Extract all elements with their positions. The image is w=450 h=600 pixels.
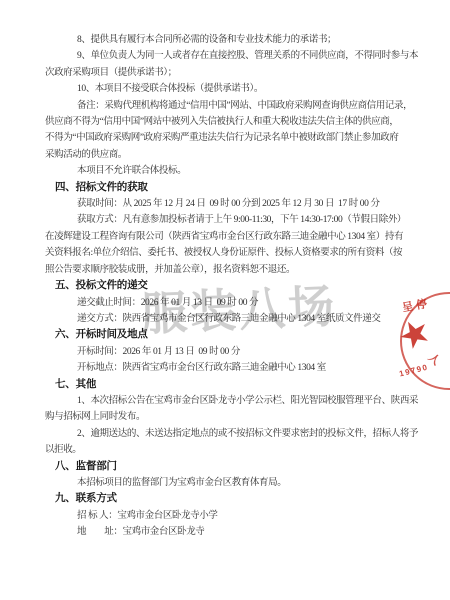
doc-line: 照公告要求顺序胶装成册，并加盖公章），报名资料恕不退还。: [45, 262, 411, 278]
section-heading-8: 八、监督部门: [45, 459, 411, 475]
doc-line: 开标地点：陕西省宝鸡市金台区行政东路三迪金融中心 1304 室: [45, 360, 411, 376]
doc-line: 招 标 人：宝鸡市金台区卧龙寺小学: [45, 508, 411, 524]
doc-line: 采购活动的供应商。: [45, 147, 411, 163]
doc-line: 本招标项目的监督部门为宝鸡市金台区教育体育局。: [45, 475, 411, 491]
doc-line: 10、本项目不接受联合体投标（提供承诺书）。: [45, 81, 411, 97]
doc-line: 获取方式：凡有意参加投标者请于上午 9:00-11:30，下午 14:30-17…: [45, 212, 411, 228]
document-body: 8、提供具有履行本合同所必需的设备和专业技术能力的承诺书； 9、单位负责人为同一…: [45, 32, 411, 541]
section-heading-6: 六、开标时间及地点: [45, 327, 411, 343]
doc-line: 以拒收。: [45, 442, 411, 458]
doc-line: 递交方式：陕西省宝鸡市金台区行政东路三迪金融中心 1304 室纸质文件递交: [45, 311, 411, 327]
doc-line: 1、本次招标公告在宝鸡市金台区卧龙寺小学公示栏、阳光智园校服管理平台、陕西采: [45, 393, 411, 409]
section-heading-7: 七、其他: [45, 377, 411, 393]
section-heading-4: 四、招标文件的获取: [45, 180, 411, 196]
doc-line: 2、逾期送达的、未送达指定地点的或不按招标文件要求密封的投标文件，招标人将予: [45, 426, 411, 442]
section-heading-5: 五、投标文件的递交: [45, 278, 411, 294]
seal-text-fragment: 人: [425, 349, 444, 368]
doc-line: 不得为“中国政府采购网”政府采购严重违法失信行为记录名单中被财政部门禁止参加政府: [45, 130, 411, 146]
doc-line: 9、单位负责人为同一人或者存在直接控股、管理关系的不同供应商，不得同时参与本: [45, 48, 411, 64]
doc-line: 次政府采购项目（提供承诺书）；: [45, 65, 411, 81]
doc-line: 开标时间：2026 年 01 月 13 日 09 时 00 分: [45, 344, 411, 360]
section-heading-9: 九、联系方式: [45, 491, 411, 507]
doc-line: 供应商不得为“信用中国”网站中被列入失信被执行人和重大税收违法失信主体的供应商，: [45, 114, 411, 130]
doc-line: 8、提供具有履行本合同所必需的设备和专业技术能力的承诺书；: [45, 32, 411, 48]
doc-line: 在凌辉建设工程咨询有限公司（陕西省宝鸡市金台区行政东路三迪金融中心 1304 室…: [45, 229, 411, 245]
doc-line: 关资料报名:单位介绍信、委托书、被授权人身份证原件、投标人资格要求的所有资料（按: [45, 245, 411, 261]
doc-line: 备注：采购代理机构将通过“信用中国”网站、中国政府采购网查询供应商信用记录，: [45, 98, 411, 114]
doc-line: 购与招标网上同时发布。: [45, 409, 411, 425]
doc-line: 地 址：宝鸡市金台区卧龙寺: [45, 524, 411, 540]
scanned-tender-document-page: 服装八场 8、提供具有履行本合同所必需的设备和专业技术能力的承诺书； 9、单位负…: [0, 0, 450, 600]
doc-line: 获取时间：从 2025 年 12 月 24 日 09 时 00 分到 2025 …: [45, 196, 411, 212]
doc-line: 递交截止时间：2026 年 01 月 13 日 09 时 00 分: [45, 295, 411, 311]
doc-line: 本项目不允许联合体投标。: [45, 163, 411, 179]
